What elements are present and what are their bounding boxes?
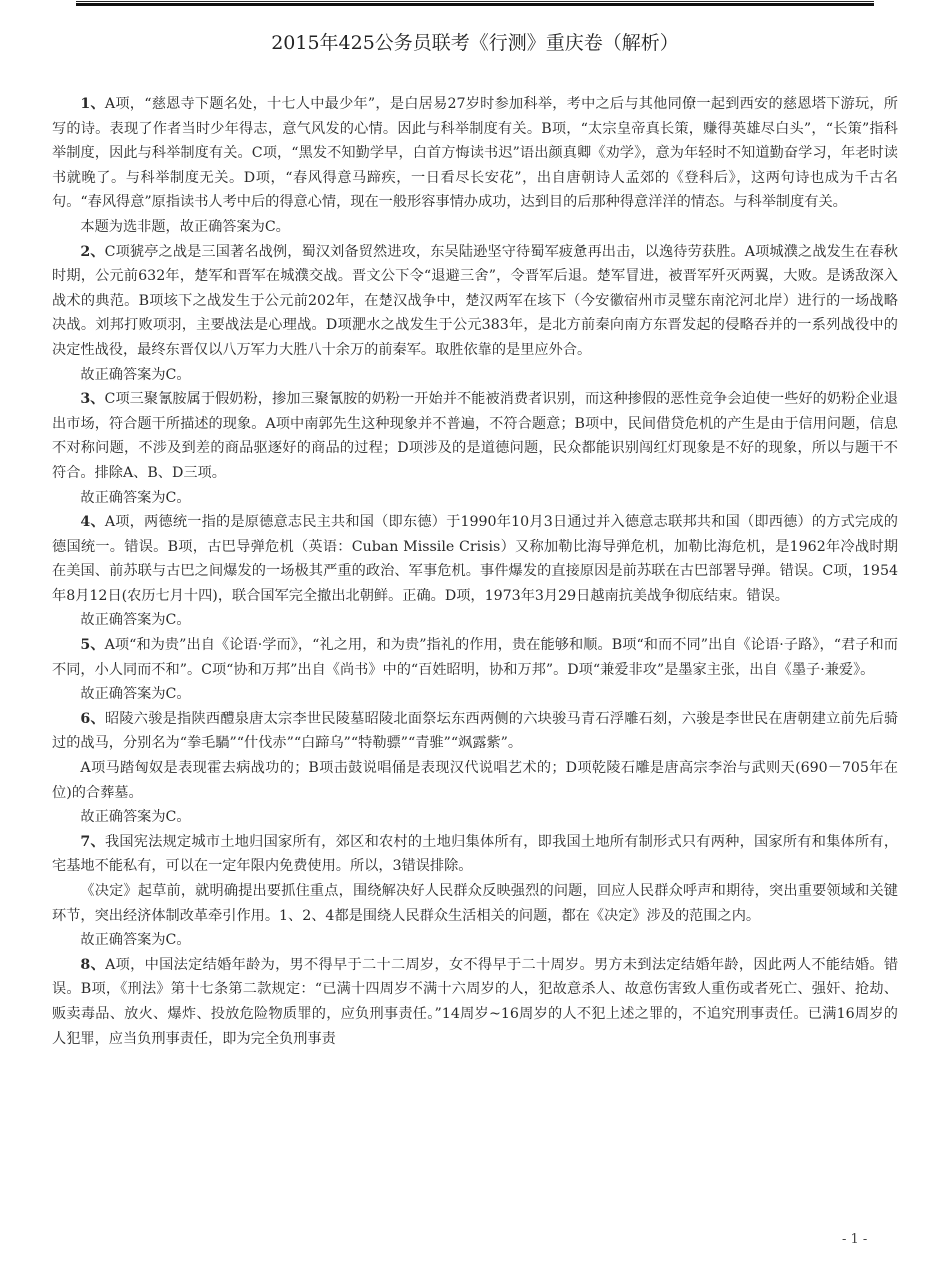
header-rule-thin	[76, 1, 874, 2]
question-2-paragraph: 2、C项猇亭之战是三国著名战例，蜀汉刘备贸然进攻，东吴陆逊坚守待蜀军疲惫再出击，…	[52, 240, 898, 363]
question-number: 5、	[80, 637, 104, 653]
question-3-paragraph: 3、C项三聚氰胺属于假奶粉，掺加三聚氰胺的奶粉一开始并不能被消费者识别，而这种掺…	[52, 387, 898, 485]
question-number: 3、	[80, 391, 104, 407]
document-body: 1、A项，“慈恩寺下题名处，十七人中最少年”，是白居易27岁时参加科举，考中之后…	[52, 92, 898, 1051]
question-number: 4、	[80, 514, 104, 530]
question-4-answer: 故正确答案为C。	[52, 608, 898, 633]
question-7-paragraph-2: 《决定》起草前，就明确提出要抓住重点，围绕解决好人民群众反映强烈的问题，回应人民…	[52, 879, 898, 928]
question-number: 6、	[80, 711, 105, 727]
question-5-answer: 故正确答案为C。	[52, 682, 898, 707]
question-2-answer: 故正确答案为C。	[52, 363, 898, 388]
question-6-paragraph: 6、昭陵六骏是指陕西醴泉唐太宗李世民陵墓昭陵北面祭坛东西两侧的六块骏马青石浮雕石…	[52, 707, 898, 756]
question-4-paragraph: 4、A项，两德统一指的是原德意志民主共和国（即东德）于1990年10月3日通过并…	[52, 510, 898, 608]
question-text: C项三聚氰胺属于假奶粉，掺加三聚氰胺的奶粉一开始并不能被消费者识别，而这种掺假的…	[52, 391, 898, 481]
question-text: 我国宪法规定城市土地归国家所有，郊区和农村的土地归集体所有，即我国土地所有制形式…	[52, 834, 898, 875]
page-number: - 1 -	[842, 1232, 867, 1247]
question-3-answer: 故正确答案为C。	[52, 486, 898, 511]
question-5-paragraph: 5、A项“和为贵”出自《论语·学而》，“礼之用，和为贵”指礼的作用，贵在能够和顺…	[52, 633, 898, 682]
question-number: 1、	[80, 96, 105, 112]
question-6-paragraph-2: A项马踏匈奴是表现霍去病战功的；B项击鼓说唱俑是表现汉代说唱艺术的；D项乾陵石雕…	[52, 756, 898, 805]
question-6-answer: 故正确答案为C。	[52, 805, 898, 830]
header-rule-thick	[76, 3, 874, 6]
question-text: A项，“慈恩寺下题名处，十七人中最少年”，是白居易27岁时参加科举，考中之后与其…	[52, 96, 898, 210]
question-1-paragraph: 1、A项，“慈恩寺下题名处，十七人中最少年”，是白居易27岁时参加科举，考中之后…	[52, 92, 898, 215]
question-text: A项，中国法定结婚年龄为，男不得早于二十二周岁，女不得早于二十周岁。男方未到法定…	[52, 957, 898, 1047]
question-8-paragraph: 8、A项，中国法定结婚年龄为，男不得早于二十二周岁，女不得早于二十周岁。男方未到…	[52, 953, 898, 1051]
document-title: 2015年425公务员联考《行测》重庆卷（解析）	[0, 28, 950, 55]
question-7-answer: 故正确答案为C。	[52, 928, 898, 953]
question-text: 昭陵六骏是指陕西醴泉唐太宗李世民陵墓昭陵北面祭坛东西两侧的六块骏马青石浮雕石刻，…	[52, 711, 898, 752]
question-text: A项，两德统一指的是原德意志民主共和国（即东德）于1990年10月3日通过并入德…	[52, 514, 898, 604]
question-text: A项“和为贵”出自《论语·学而》，“礼之用，和为贵”指礼的作用，贵在能够和顺。B…	[52, 637, 898, 678]
header-double-rule	[76, 0, 874, 6]
question-number: 8、	[80, 957, 105, 973]
question-7-paragraph: 7、我国宪法规定城市土地归国家所有，郊区和农村的土地归集体所有，即我国土地所有制…	[52, 830, 898, 879]
question-number: 7、	[80, 834, 105, 850]
question-1-answer: 本题为选非题，故正确答案为C。	[52, 215, 898, 240]
question-text: C项猇亭之战是三国著名战例，蜀汉刘备贸然进攻，东吴陆逊坚守待蜀军疲惫再出击，以逸…	[52, 244, 898, 358]
question-number: 2、	[80, 244, 104, 260]
